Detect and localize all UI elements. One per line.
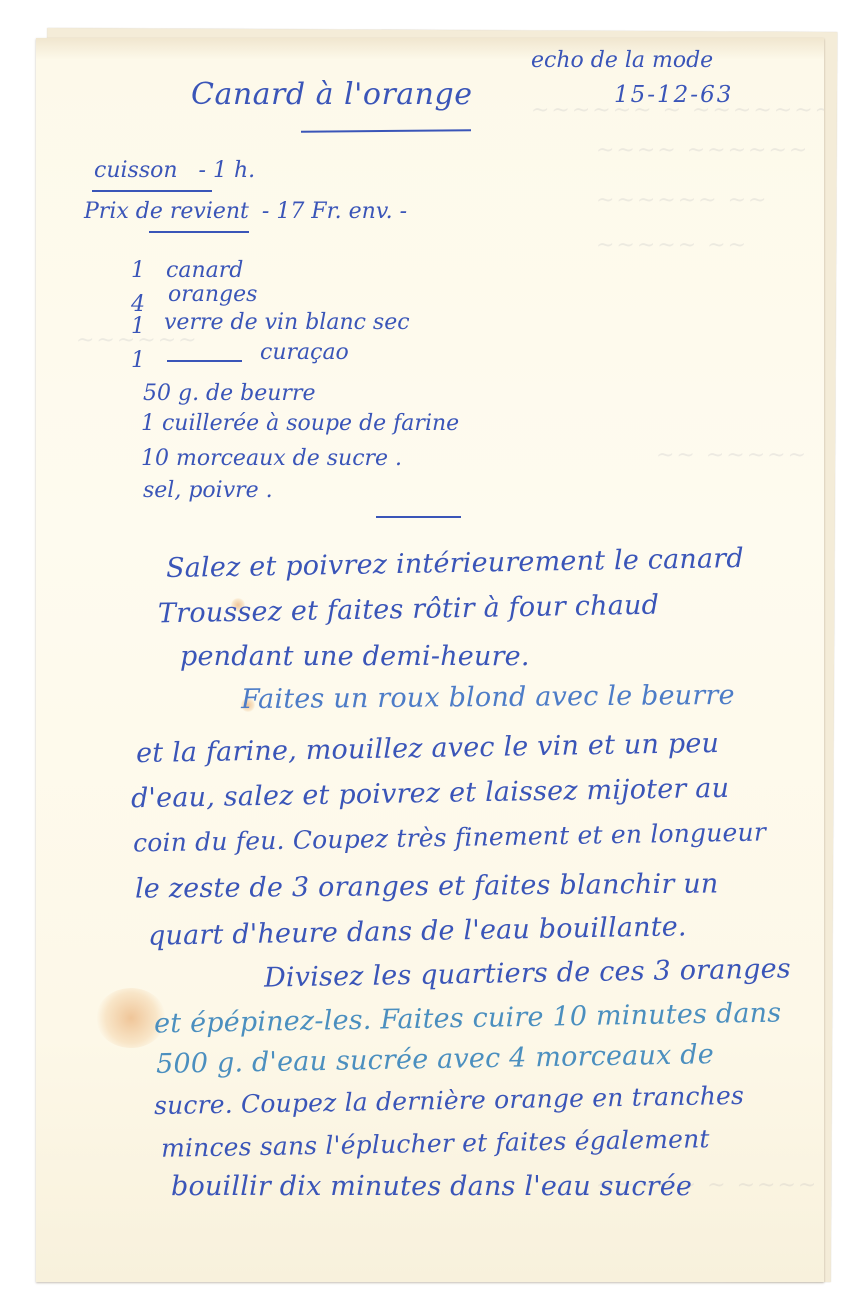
instruction-line: minces sans l'éplucher et faites égaleme…: [161, 1126, 710, 1161]
cooking-time-label: cuisson: [94, 158, 178, 183]
ingredient-item: 1 verre de vin blanc sec: [131, 316, 410, 338]
instruction-line: 500 g. d'eau sucrée avec 4 morceaux de: [156, 1041, 714, 1078]
section-divider: [376, 516, 461, 518]
ingredient-item: 1 cuillerée à soupe de farine: [141, 413, 459, 435]
instruction-line: Faites un roux blond avec le beurre: [241, 682, 735, 713]
instruction-line: et épépinez-les. Faites cuire 10 minutes…: [154, 1000, 782, 1038]
cost-price-label-underlined: revient: [170, 199, 249, 224]
instruction-line: le zeste de 3 oranges et faites blanchir…: [135, 870, 719, 902]
instruction-line: et la farine, mouillez avec le vin et un…: [136, 730, 720, 767]
ingredient-item: 1curaçao: [131, 350, 349, 372]
instruction-line: Divisez les quartiers de ces 3 oranges: [264, 955, 791, 991]
recipe-source: echo de la mode: [531, 50, 713, 72]
ingredient-item: 1 canard: [131, 260, 243, 282]
ingredient-item: 50 g. de beurre: [143, 383, 315, 405]
recipe-sheet: ~~~~~~ ~ ~~~~~~~ ~~~~ ~~~~~~ ~~~~~~ ~~ ~…: [36, 38, 824, 1282]
instruction-line: pendant une demi-heure.: [180, 643, 530, 670]
instruction-line: bouillir dix minutes dans l'eau sucrée: [171, 1173, 692, 1200]
ditto-dash: [167, 360, 242, 362]
cooking-time: cuisson - 1 h.: [94, 160, 255, 182]
cost-price: Prix de revient - 17 Fr. env. -: [84, 201, 407, 223]
recipe-date: 15-12-63: [614, 84, 733, 107]
cooking-time-underline: [92, 190, 212, 192]
scanned-page: ~~~~~~ ~ ~~~~~~~ ~~~~ ~~~~~~ ~~~~~~ ~~ ~…: [0, 0, 855, 1315]
instruction-line: quart d'heure dans de l'eau bouillante.: [148, 913, 687, 949]
instruction-line: coin du feu. Coupez très finement et en …: [133, 819, 766, 855]
instruction-line: Salez et poivrez intérieurement le canar…: [166, 545, 744, 582]
ingredient-item: 10 morceaux de sucre .: [141, 448, 402, 470]
ingredient-item: sel, poivre .: [143, 480, 273, 502]
instruction-line: sucre. Coupez la dernière orange en tran…: [154, 1083, 744, 1118]
cost-price-label-prefix: Prix de: [84, 199, 170, 224]
cost-price-underline: [149, 231, 249, 233]
title-underline: [301, 129, 471, 132]
bleed-through-text: ~~~~~~ ~~: [596, 188, 768, 213]
bleed-through-text: ~~~~~ ~~: [596, 233, 748, 258]
recipe-title: Canard à l'orange: [191, 80, 472, 110]
cooking-time-value: - 1 h.: [199, 158, 256, 183]
cost-price-value: - 17 Fr. env. -: [262, 199, 407, 224]
instruction-line: Troussez et faites rôtir à four chaud: [158, 592, 659, 628]
bleed-through-text: ~~~~ ~~~~~~: [596, 138, 809, 163]
instruction-line: d'eau, salez et poivrez et laissez mijot…: [131, 775, 730, 812]
bleed-through-text: ~~ ~~~~~: [656, 443, 808, 468]
